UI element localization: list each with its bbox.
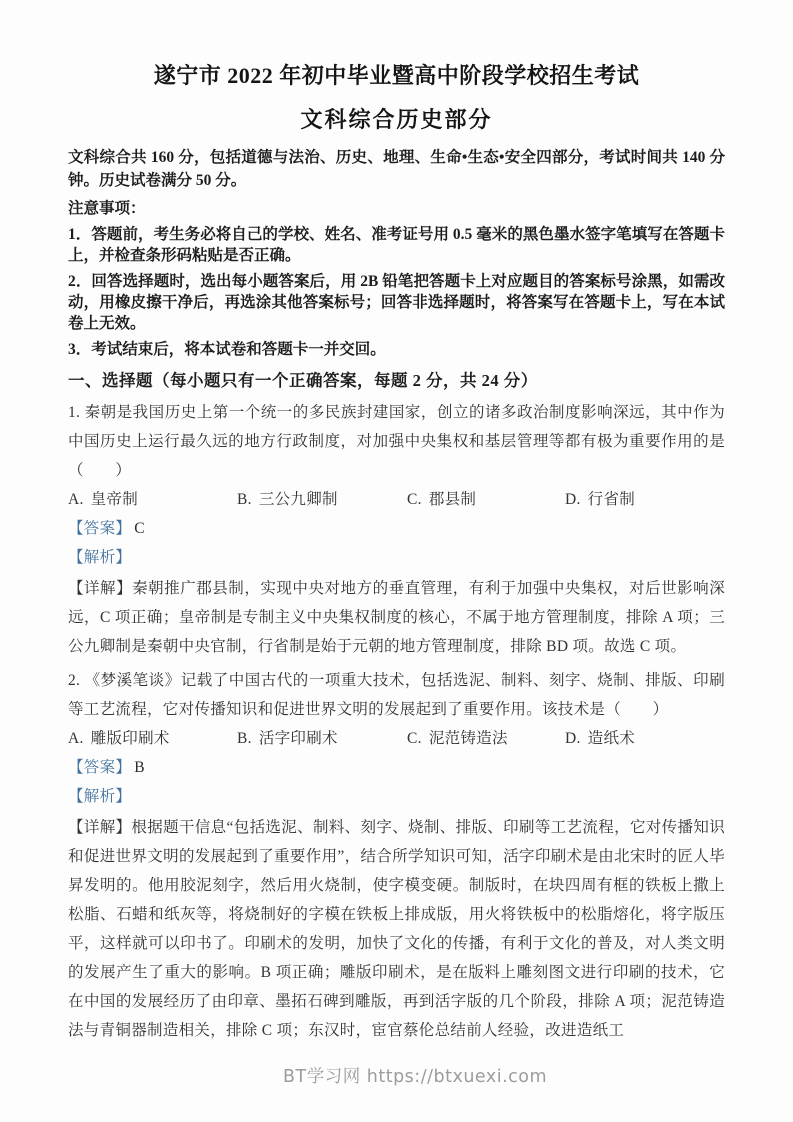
analysis-line: 【解析】 — [68, 543, 725, 572]
question-block-1: 1. 秦朝是我国历史上第一个统一的多民族封建国家，创立的诸多政治制度影响深远，其… — [68, 398, 725, 661]
analysis-label: 【解析】 — [68, 549, 131, 566]
options-row: A.皇帝制 B.三公九卿制 C.郡县制 D.行省制 — [68, 485, 725, 514]
exam-paper-page: 遂宁市 2022 年初中毕业暨高中阶段学校招生考试 文科综合历史部分 文科综合共… — [0, 0, 793, 1122]
option-key: C. — [407, 491, 422, 508]
option-text: 三公九卿制 — [259, 491, 338, 508]
options-row: A.雕版印刷术 B.活字印刷术 C.泥范铸造法 D.造纸术 — [68, 724, 725, 753]
section-heading: 一、选择题（每小题只有一个正确答案，每题 2 分，共 24 分） — [68, 369, 725, 393]
notice-item-2: 2．回答选择题时，选出每小题答案后，用 2B 铅笔把答题卡上对应题目的答案标号涂… — [68, 271, 725, 334]
option-c: C.泥范铸造法 — [407, 724, 565, 753]
answer-line: 【答案】B — [68, 753, 725, 782]
question-explanation: 【详解】秦朝推广郡县制，实现中央对地方的垂直管理，有利于加强中央集权，对后世影响… — [68, 574, 725, 661]
option-key: D. — [565, 730, 581, 747]
question-explanation: 【详解】根据题干信息“包括选泥、制料、刻字、烧制、排版、印刷等工艺流程，它对传播… — [68, 813, 725, 1045]
notice-heading: 注意事项： — [68, 198, 725, 219]
question-block-2: 2. 《梦溪笔谈》记载了中国古代的一项重大技术，包括选泥、制料、刻字、烧制、排版… — [68, 666, 725, 1045]
option-text: 行省制 — [588, 491, 635, 508]
page-title: 遂宁市 2022 年初中毕业暨高中阶段学校招生考试 — [68, 62, 725, 90]
option-text: 泥范铸造法 — [429, 730, 508, 747]
answer-value: C — [134, 520, 145, 537]
question-stem: 1. 秦朝是我国历史上第一个统一的多民族封建国家，创立的诸多政治制度影响深远，其… — [68, 398, 725, 485]
option-key: A. — [68, 491, 84, 508]
option-a: A.雕版印刷术 — [68, 724, 237, 753]
option-b: B.三公九卿制 — [237, 485, 407, 514]
option-text: 雕版印刷术 — [91, 730, 170, 747]
answer-line: 【答案】C — [68, 514, 725, 543]
option-text: 造纸术 — [588, 730, 635, 747]
notice-item-1: 1．答题前，考生务必将自己的学校、姓名、准考证号用 0.5 毫米的黑色墨水签字笔… — [68, 224, 725, 266]
option-a: A.皇帝制 — [68, 485, 237, 514]
site-watermark: BT学习网 https://btxuexi.com — [283, 1066, 547, 1088]
analysis-line: 【解析】 — [68, 782, 725, 811]
option-d: D.行省制 — [565, 485, 725, 514]
answer-value: B — [134, 759, 145, 776]
option-b: B.活字印刷术 — [237, 724, 407, 753]
option-key: D. — [565, 491, 581, 508]
exam-info: 文科综合共 160 分，包括道德与法治、历史、地理、生命•生态•安全四部分，考试… — [68, 146, 725, 192]
notice-item-3: 3．考试结束后，将本试卷和答题卡一并交回。 — [68, 339, 725, 360]
analysis-label: 【解析】 — [68, 788, 131, 805]
option-key: B. — [237, 730, 252, 747]
option-c: C.郡县制 — [407, 485, 565, 514]
option-text: 活字印刷术 — [259, 730, 338, 747]
question-stem: 2. 《梦溪笔谈》记载了中国古代的一项重大技术，包括选泥、制料、刻字、烧制、排版… — [68, 666, 725, 724]
option-text: 郡县制 — [429, 491, 476, 508]
page-subtitle: 文科综合历史部分 — [68, 106, 725, 134]
option-key: C. — [407, 730, 422, 747]
option-key: A. — [68, 730, 84, 747]
answer-label: 【答案】 — [68, 759, 131, 776]
option-key: B. — [237, 491, 252, 508]
option-text: 皇帝制 — [91, 491, 138, 508]
answer-label: 【答案】 — [68, 520, 131, 537]
option-d: D.造纸术 — [565, 724, 725, 753]
